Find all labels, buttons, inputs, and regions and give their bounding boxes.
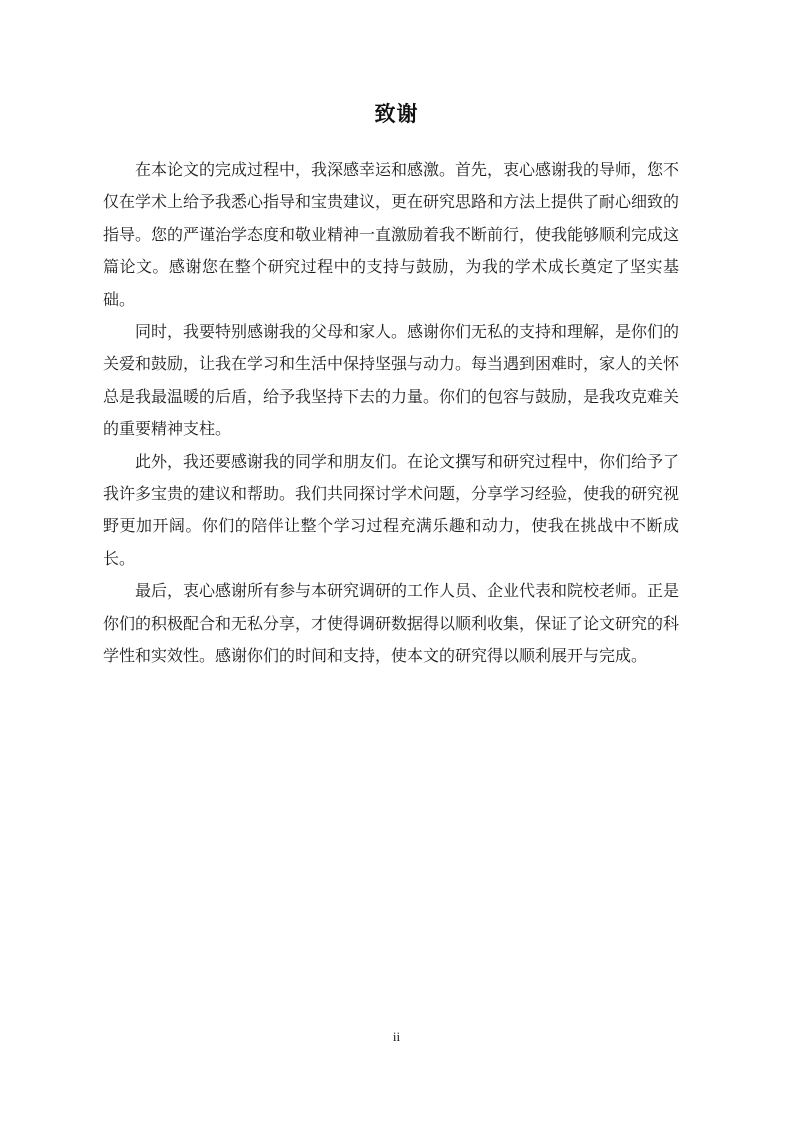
page-number: ii <box>393 1029 400 1044</box>
acknowledgment-paragraph-family: 同时，我要特别感谢我的父母和家人。感谢你们无私的支持和理解，是你们的关爱和鼓励，… <box>103 317 679 447</box>
document-body: 在本论文的完成过程中，我深感幸运和感激。首先，衷心感谢我的导师，您不仅在学术上给… <box>103 155 679 674</box>
acknowledgment-paragraph-advisor: 在本论文的完成过程中，我深感幸运和感激。首先，衷心感谢我的导师，您不仅在学术上给… <box>103 155 679 317</box>
acknowledgment-paragraph-participants: 最后，衷心感谢所有参与本研究调研的工作人员、企业代表和院校老师。正是你们的积极配… <box>103 576 679 673</box>
acknowledgment-paragraph-friends: 此外，我还要感谢我的同学和朋友们。在论文撰写和研究过程中，你们给予了我许多宝贵的… <box>103 447 679 577</box>
document-page: 致谢 在本论文的完成过程中，我深感幸运和感激。首先，衷心感谢我的导师，您不仅在学… <box>0 0 793 1122</box>
page-footer: ii <box>0 1028 793 1046</box>
page-title: 致谢 <box>0 101 793 127</box>
